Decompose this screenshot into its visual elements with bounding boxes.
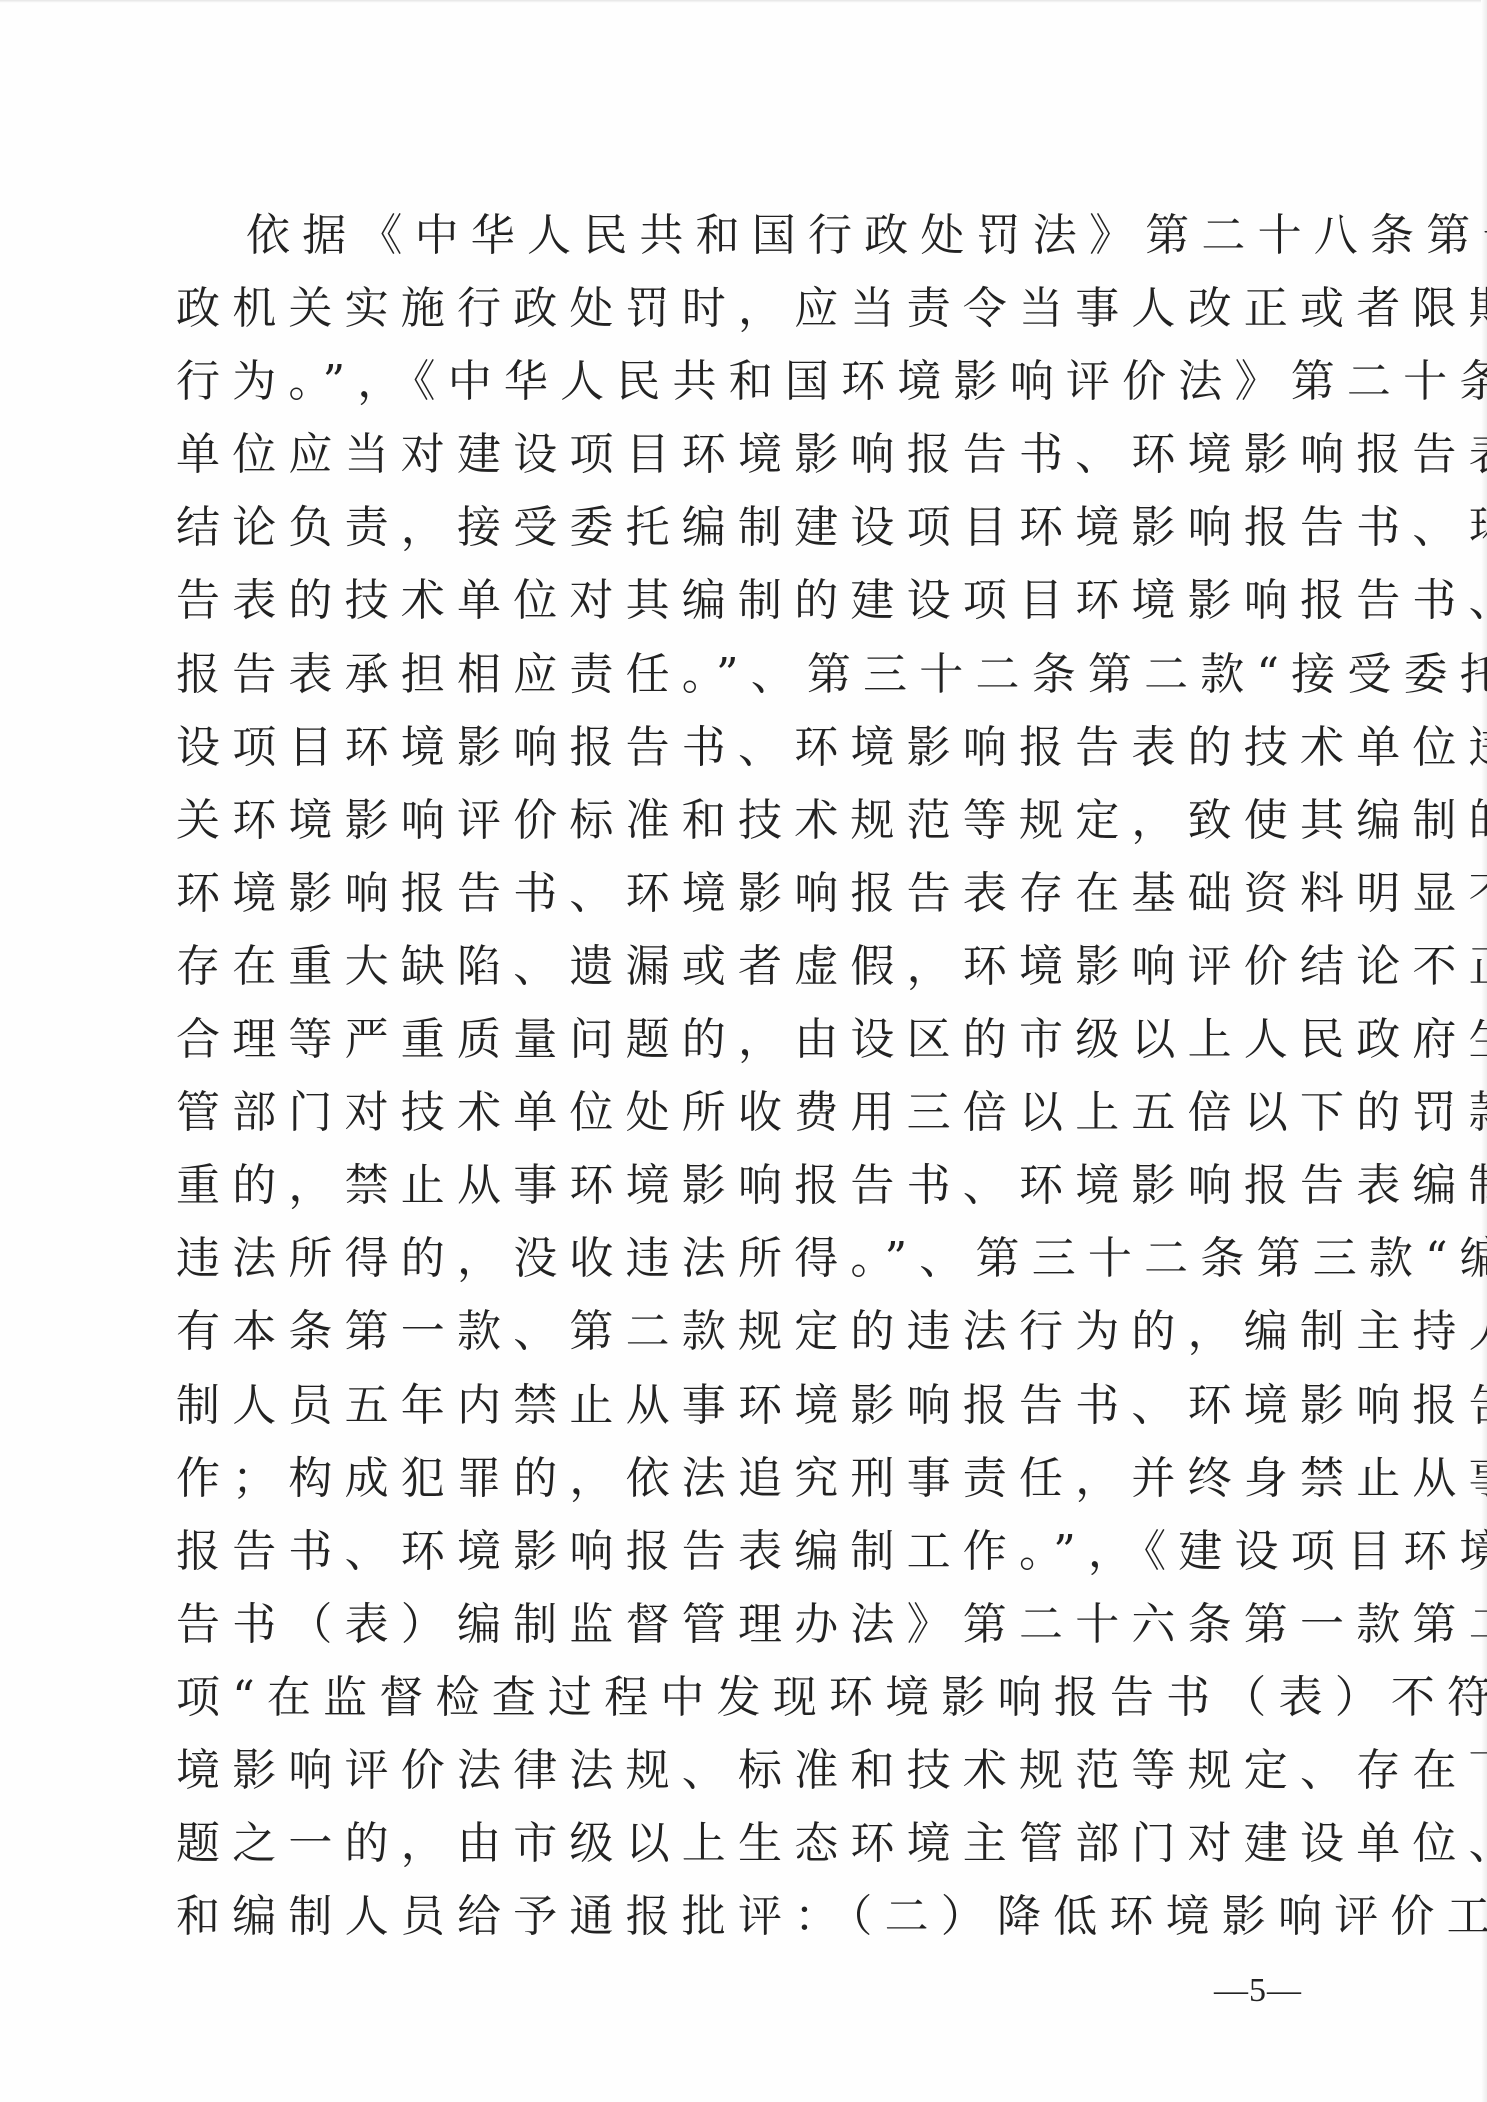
body-paragraph: 依据《中华人民共和国行政处罚法》第二十八条第一款“行 政机关实施行政处罚时，应当…: [176, 208, 1296, 1962]
text-line: 作；构成犯罪的，依法追究刑事责任，并终身禁止从事环境影响: [176, 1451, 1296, 1524]
text-line: 存在重大缺陷、遗漏或者虚假，环境影响评价结论不正确或者不: [176, 939, 1296, 1012]
text-line: 境影响评价法律法规、标准和技术规范等规定、存在下列质量问: [176, 1743, 1296, 1816]
text-line: 依据《中华人民共和国行政处罚法》第二十八条第一款“行: [176, 208, 1296, 281]
text-line: 合理等严重质量问题的，由设区的市级以上人民政府生态环境主: [176, 1012, 1296, 1085]
text-line: 有本条第一款、第二款规定的违法行为的，编制主持人和主要编: [176, 1304, 1296, 1377]
page-number: —5—: [1214, 1972, 1302, 2010]
text-line: 行为。”，《中华人民共和国环境影响评价法》第二十条“建设: [176, 354, 1296, 427]
text-line: 报告书、环境影响报告表编制工作。”，《建设项目环境影响报: [176, 1524, 1296, 1597]
text-line: 和编制人员给予通报批评：（二）降低环境影响评价工作等级，: [176, 1889, 1296, 1962]
text-line: 题之一的，由市级以上生态环境主管部门对建设单位、技术单位: [176, 1816, 1296, 1889]
text-line: 管部门对技术单位处所收费用三倍以上五倍以下的罚款；情节严: [176, 1085, 1296, 1158]
document-page: 依据《中华人民共和国行政处罚法》第二十八条第一款“行 政机关实施行政处罚时，应当…: [0, 0, 1487, 2102]
text-line: 设项目环境影响报告书、环境影响报告表的技术单位违反国家有: [176, 720, 1296, 793]
text-line: 违法所得的，没收违法所得。”、第三十二条第三款“编制单位: [176, 1231, 1296, 1304]
text-line: 政机关实施行政处罚时，应当责令当事人改正或者限期改正违法: [176, 281, 1296, 354]
scan-edge-top: [0, 0, 1487, 3]
text-line: 报告表承担相应责任。”、第三十二条第二款“接受委托编制建: [176, 647, 1296, 720]
text-line: 结论负责，接受委托编制建设项目环境影响报告书、环境影响报: [176, 500, 1296, 573]
text-line: 环境影响报告书、环境影响报告表存在基础资料明显不实，内容: [176, 866, 1296, 939]
text-line: 项“在监督检查过程中发现环境影响报告书（表）不符合有关环: [176, 1670, 1296, 1743]
text-line: 关环境影响评价标准和技术规范等规定，致使其编制的建设项目: [176, 793, 1296, 866]
text-line: 单位应当对建设项目环境影响报告书、环境影响报告表的内容和: [176, 427, 1296, 500]
text-line: 重的，禁止从事环境影响报告书、环境影响报告表编制工作；有: [176, 1158, 1296, 1231]
text-line: 告书（表）编制监督管理办法》第二十六条第一款第二项、第九: [176, 1597, 1296, 1670]
text-line: 制人员五年内禁止从事环境影响报告书、环境影响报告表编制工: [176, 1378, 1296, 1451]
text-line: 告表的技术单位对其编制的建设项目环境影响报告书、环境影响: [176, 573, 1296, 646]
